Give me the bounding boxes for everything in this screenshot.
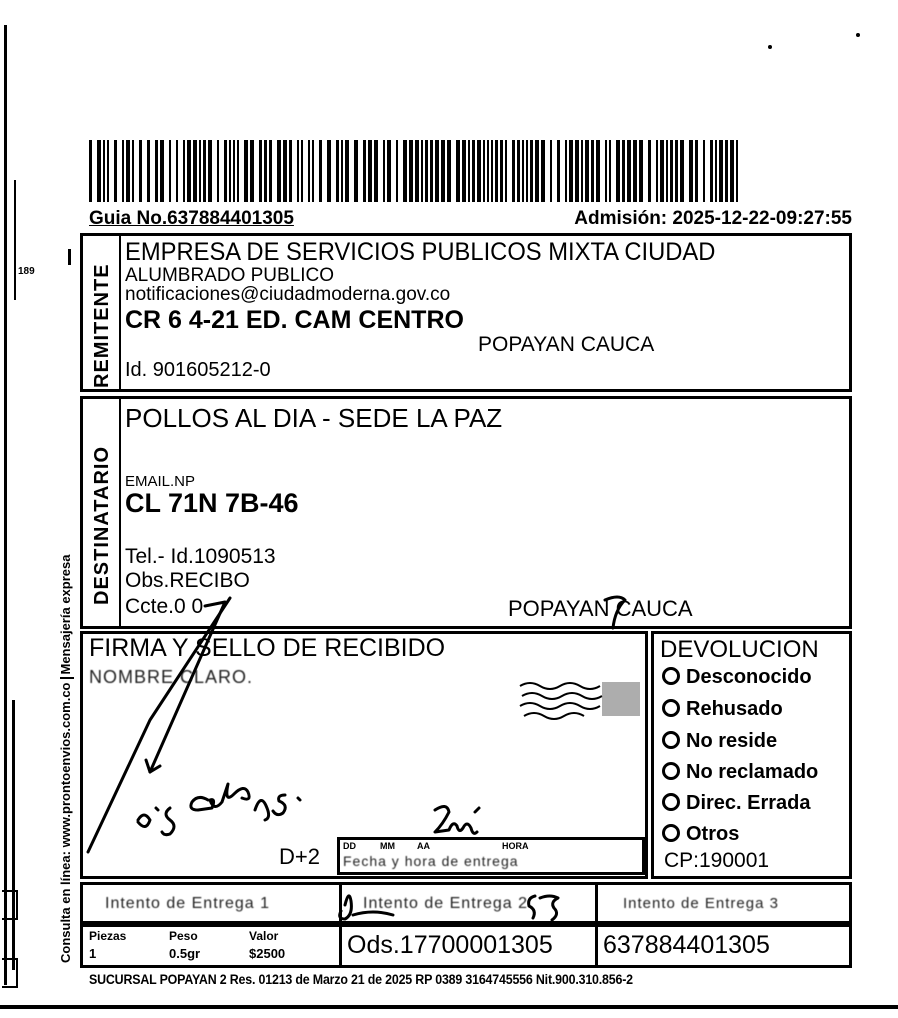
radio-circle-icon	[662, 699, 680, 717]
destinatario-label: DESTINATARIO	[91, 446, 114, 605]
side-vertical-text: Consulta en línea: www.prontoenvios.com.…	[58, 555, 74, 963]
radio-circle-icon	[662, 793, 680, 811]
destinatario-city: POPAYAN CAUCA	[508, 596, 693, 622]
page-stub	[2, 958, 18, 988]
destinatario-ccte: Ccte.0 0	[125, 595, 203, 619]
divider	[339, 927, 342, 965]
speck	[856, 33, 860, 37]
speck	[768, 45, 772, 49]
page-edge-left	[4, 25, 7, 985]
fecha-header-aa: AA	[417, 841, 430, 851]
radio-circle-icon	[662, 731, 680, 749]
stamp-noise	[518, 678, 642, 722]
divider	[339, 885, 342, 921]
header-valor: Valor	[249, 929, 278, 943]
envio-row: Piezas Peso Valor 1 0.5gr $2500 Ods.1770…	[80, 924, 852, 968]
margin-number: 189	[18, 266, 35, 277]
ods-number: Ods.17700001305	[347, 931, 553, 960]
codigo-postal: CP:190001	[664, 849, 769, 873]
page-edge-bottom	[0, 1005, 898, 1009]
barcode	[89, 140, 739, 202]
divider	[119, 236, 121, 389]
divider	[595, 885, 598, 921]
fecha-entrega-field[interactable]: DD MM AA HORA Fecha y hora de entrega	[337, 837, 645, 875]
remitente-email: notificaciones@ciudadmoderna.gov.co	[125, 284, 450, 306]
remitente-id: Id. 901605212-0	[125, 359, 271, 382]
remitente-city: POPAYAN CAUCA	[478, 333, 654, 357]
option-otros[interactable]: Otros	[662, 823, 739, 846]
separator	[60, 678, 74, 680]
service-type: Mensajería expresa	[58, 555, 73, 675]
guia-number: Guia No.637884401305	[89, 208, 294, 230]
option-no-reclamado[interactable]: No reclamado	[662, 761, 818, 784]
option-direc-errada[interactable]: Direc. Errada	[662, 792, 811, 815]
page-stub	[2, 890, 18, 920]
radio-circle-icon	[662, 667, 680, 685]
devolucion-title: DEVOLUCION	[660, 636, 819, 664]
firma-title: FIRMA Y SELLO DE RECIBIDO	[89, 634, 445, 663]
radio-circle-icon	[662, 824, 680, 842]
intento-2[interactable]: Intento de Entrega 2	[363, 895, 528, 913]
fecha-label: Fecha y hora de entrega	[343, 853, 519, 869]
guia-header: Guia No.637884401305 Admisión: 2025-12-2…	[89, 208, 852, 234]
intento-1[interactable]: Intento de Entrega 1	[105, 895, 270, 913]
fecha-header-hora: HORA	[502, 841, 529, 851]
radio-circle-icon	[662, 762, 680, 780]
remitente-label: REMITENTE	[91, 263, 114, 388]
option-no-reside[interactable]: No reside	[662, 730, 777, 753]
value-piezas: 1	[89, 946, 96, 961]
destinatario-name: POLLOS AL DIA - SEDE LA PAZ	[125, 403, 502, 434]
destinatario-tel-id: Tel.- Id.1090513	[125, 545, 276, 569]
admision-timestamp: Admisión: 2025-12-22-09:27:55	[574, 208, 852, 230]
value-peso: 0.5gr	[169, 946, 200, 961]
service-code: D+2	[279, 844, 320, 870]
devolucion-section: DEVOLUCION Desconocido Rehusado No resid…	[651, 631, 852, 879]
header-piezas: Piezas	[89, 929, 126, 943]
destinatario-section: DESTINATARIO POLLOS AL DIA - SEDE LA PAZ…	[80, 396, 852, 629]
remitente-address: CR 6 4-21 ED. CAM CENTRO	[125, 306, 464, 335]
footer-legal: SUCURSAL POPAYAN 2 Res. 01213 de Marzo 2…	[89, 972, 633, 987]
header-peso: Peso	[169, 929, 198, 943]
nombre-claro-label: NOMBRE CLARO.	[89, 667, 253, 688]
option-desconocido[interactable]: Desconocido	[662, 666, 812, 689]
page-edge-fold	[14, 180, 16, 300]
destinatario-obs: Obs.RECIBO	[125, 569, 250, 593]
firma-section: FIRMA Y SELLO DE RECIBIDO NOMBRE CLARO. …	[80, 631, 648, 879]
intento-3[interactable]: Intento de Entrega 3	[623, 895, 779, 912]
tracking-number: 637884401305	[603, 931, 770, 960]
fecha-header-mm: MM	[380, 841, 395, 851]
destinatario-address: CL 71N 7B-46	[125, 488, 299, 519]
page-edge-fold-lower	[12, 700, 15, 970]
divider	[119, 399, 121, 626]
remitente-section: REMITENTE EMPRESA DE SERVICIOS PUBLICOS …	[80, 233, 852, 392]
divider	[595, 927, 598, 965]
value-valor: $2500	[249, 946, 285, 961]
margin-tick	[68, 249, 71, 265]
fecha-header-dd: DD	[343, 841, 356, 851]
remitente-name: EMPRESA DE SERVICIOS PUBLICOS MIXTA CIUD…	[125, 238, 715, 267]
consult-url[interactable]: Consulta en línea: www.prontoenvios.com.…	[58, 683, 73, 964]
option-rehusado[interactable]: Rehusado	[662, 698, 783, 721]
intentos-row: Intento de Entrega 1 Intento de Entrega …	[80, 882, 852, 924]
